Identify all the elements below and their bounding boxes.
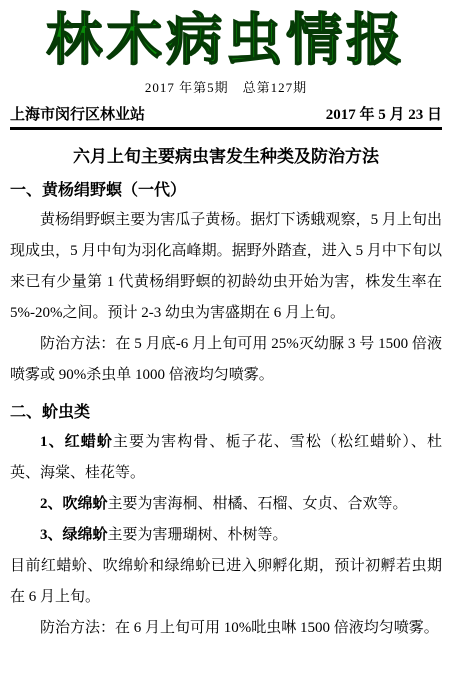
- section2-paragraph-control-method: 防治方法：在 6 月上旬可用 10%吡虫啉 1500 倍液均匀喷雾。: [10, 613, 442, 644]
- issue-number-line: 2017 年第5期 总第127期: [10, 80, 442, 96]
- masthead-rule: [10, 127, 442, 130]
- bulletin-page: 林木病虫情报 2017 年第5期 总第127期 上海市闵行区林业站 2017 年…: [0, 0, 454, 697]
- publisher-name: 上海市闵行区林业站: [10, 103, 145, 124]
- section1-heading: 一、黄杨绢野螟（一代）: [10, 176, 442, 205]
- section2-paragraph-hatching-forecast: 目前红蜡蚧、吹绵蚧和绿绵蚧已进入卵孵化期，预计初孵若虫期在 6 月上旬。: [10, 551, 442, 613]
- pest-item-label: 1、红蜡蚧: [40, 434, 113, 450]
- document-title: 六月上旬主要病虫害发生种类及防治方法: [10, 145, 442, 169]
- pest-item-green-cottony-scale: 3、绿绵蚧主要为害珊瑚树、朴树等。: [10, 520, 442, 551]
- section1-paragraph-control-method: 防治方法：在 5 月底-6 月上旬可用 25%灭幼脲 3 号 1500 倍液喷雾…: [10, 329, 442, 391]
- pest-item-label: 3、绿绵蚧: [40, 527, 108, 543]
- masthead-row: 上海市闵行区林业站 2017 年 5 月 23 日: [10, 103, 442, 127]
- bulletin-masthead-title: 林木病虫情报: [10, 6, 442, 76]
- pest-item-red-wax-scale: 1、红蜡蚧主要为害构骨、栀子花、雪松（松红蜡蚧）、杜英、海棠、桂花等。: [10, 427, 442, 489]
- pest-item-cottony-cushion-scale: 2、吹绵蚧主要为害海桐、柑橘、石榴、女贞、合欢等。: [10, 489, 442, 520]
- pest-item-text: 主要为害海桐、柑橘、石榴、女贞、合欢等。: [108, 496, 408, 512]
- section1-paragraph-occurrence: 黄杨绢野螟主要为害瓜子黄杨。据灯下诱蛾观察，5 月上旬出现成虫，5 月中旬为羽化…: [10, 205, 442, 329]
- section2-heading: 二、蚧虫类: [10, 398, 442, 427]
- pest-item-text: 主要为害珊瑚树、朴树等。: [108, 527, 288, 543]
- masthead: 林木病虫情报 2017 年第5期 总第127期 上海市闵行区林业站 2017 年…: [10, 6, 442, 130]
- pest-item-label: 2、吹绵蚧: [40, 496, 108, 512]
- issue-date: 2017 年 5 月 23 日: [326, 103, 442, 124]
